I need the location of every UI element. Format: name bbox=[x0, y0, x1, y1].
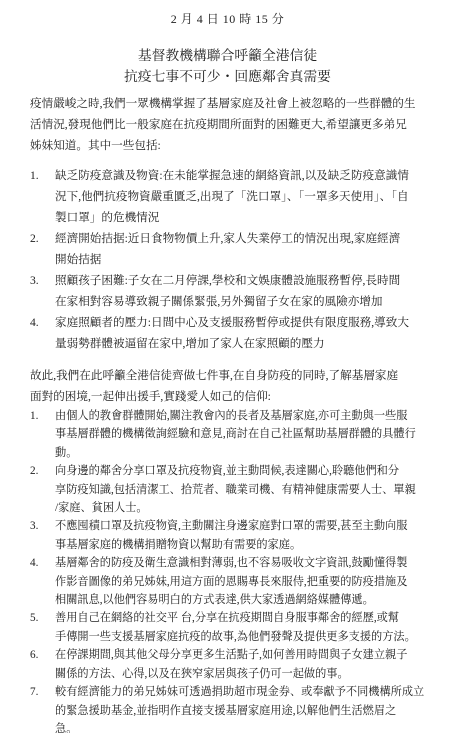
list-item-number: 5. bbox=[30, 609, 55, 646]
list-item-number: 4. bbox=[30, 554, 55, 609]
appeal-paragraph: 故此,我們在此呼籲全港信徒齊做七件事,在自身防疫的同時,了解基層家庭 面對的困境… bbox=[30, 365, 425, 407]
list-item-number: 3. bbox=[30, 270, 55, 312]
list-item: 3. 照顧孩子困難:子女在二月停課,學校和文娛康體設施服務暫停,長時間 在家相對… bbox=[30, 270, 425, 312]
list-item-text: 在停課期間,與其他父母分享更多生活點子,如何善用時間與子女建立親子 關係的方法、… bbox=[55, 646, 425, 683]
list-item-number: 2. bbox=[30, 462, 55, 517]
action-list: 1. 由個人的教會群體開始,關注教會內的長者及基層家庭,亦可主動與一些服 事基層… bbox=[30, 407, 425, 733]
document-title-line1: 基督教機構聯合呼籲全港信徒 bbox=[30, 45, 425, 66]
list-item-text: 不應囤積口罩及抗疫物資,主動關注身邊家庭對口罩的需要,甚至主動向服 事基層家庭的… bbox=[55, 517, 425, 554]
list-item: 1. 由個人的教會群體開始,關注教會內的長者及基層家庭,亦可主動與一些服 事基層… bbox=[30, 407, 425, 462]
list-item-text: 較有經濟能力的弟兄姊妹可透過捐助超市現金券、或奉獻予不同機構所成立 的緊急援助基… bbox=[55, 683, 425, 733]
list-item-text: 經濟開始拮据:近日食物物價上升,家人失業停工的情況出現,家庭經濟 開始拮据 bbox=[55, 228, 425, 270]
list-item-text: 向身邊的鄰舍分享口罩及抗疫物資,並主動問候,表達關心,聆聽他們和分 享防疫知識,… bbox=[55, 462, 425, 517]
list-item-number: 4. bbox=[30, 312, 55, 354]
list-item-number: 7. bbox=[30, 683, 55, 733]
list-item: 6. 在停課期間,與其他父母分享更多生活點子,如何善用時間與子女建立親子 關係的… bbox=[30, 646, 425, 683]
document-page: 2 月 4 日 10 時 15 分 基督教機構聯合呼籲全港信徒 抗疫七事不可少・… bbox=[0, 0, 453, 733]
list-item: 7. 較有經濟能力的弟兄姊妹可透過捐助超市現金券、或奉獻予不同機構所成立 的緊急… bbox=[30, 683, 425, 733]
list-item-number: 1. bbox=[30, 407, 55, 462]
list-item-text: 基層鄰舍的防疫及衛生意識相對薄弱,也不容易吸收文字資訊,鼓勵懂得製 作影音圖像的… bbox=[55, 554, 425, 609]
list-item: 2. 經濟開始拮据:近日食物物價上升,家人失業停工的情況出現,家庭經濟 開始拮据 bbox=[30, 228, 425, 270]
list-item: 3. 不應囤積口罩及抗疫物資,主動關注身邊家庭對口罩的需要,甚至主動向服 事基層… bbox=[30, 517, 425, 554]
list-item: 1. 缺乏防疫意識及物資:在未能掌握急速的網絡資訊,以及缺乏防疫意識情 況下,他… bbox=[30, 165, 425, 228]
list-item-number: 6. bbox=[30, 646, 55, 683]
hardship-list: 1. 缺乏防疫意識及物資:在未能掌握急速的網絡資訊,以及缺乏防疫意識情 況下,他… bbox=[30, 165, 425, 354]
list-item: 4. 基層鄰舍的防疫及衛生意識相對薄弱,也不容易吸收文字資訊,鼓勵懂得製 作影音… bbox=[30, 554, 425, 609]
list-item: 5. 善用自己在網絡的社交平 台,分享在抗疫期間自身服事鄰舍的經歷,或幫 手傳開… bbox=[30, 609, 425, 646]
document-title: 基督教機構聯合呼籲全港信徒 抗疫七事不可少・回應鄰舍真需要 bbox=[30, 45, 425, 87]
list-item-text: 由個人的教會群體開始,關注教會內的長者及基層家庭,亦可主動與一些服 事基層群體的… bbox=[55, 407, 425, 462]
list-item-text: 家庭照顧者的壓力:日間中心及支援服務暫停或提供有限度服務,導致大 量弱勢群體被逼… bbox=[55, 312, 425, 354]
list-item: 4. 家庭照顧者的壓力:日間中心及支援服務暫停或提供有限度服務,導致大 量弱勢群… bbox=[30, 312, 425, 354]
list-item-text: 照顧孩子困難:子女在二月停課,學校和文娛康體設施服務暫停,長時間 在家相對容易導… bbox=[55, 270, 425, 312]
document-title-line2: 抗疫七事不可少・回應鄰舍真需要 bbox=[30, 66, 425, 87]
list-item-number: 2. bbox=[30, 228, 55, 270]
timestamp: 2 月 4 日 10 時 15 分 bbox=[30, 9, 425, 30]
list-item-number: 1. bbox=[30, 165, 55, 228]
list-item-text: 缺乏防疫意識及物資:在未能掌握急速的網絡資訊,以及缺乏防疫意識情 況下,他們抗疫… bbox=[55, 165, 425, 228]
list-item-number: 3. bbox=[30, 517, 55, 554]
intro-paragraph: 疫情嚴峻之時,我們一眾機構掌握了基層家庭及社會上被忽略的一些群體的生 活情況,發… bbox=[30, 93, 425, 156]
list-item-text: 善用自己在網絡的社交平 台,分享在抗疫期間自身服事鄰舍的經歷,或幫 手傳開一些支… bbox=[55, 609, 425, 646]
list-item: 2. 向身邊的鄰舍分享口罩及抗疫物資,並主動問候,表達關心,聆聽他們和分 享防疫… bbox=[30, 462, 425, 517]
